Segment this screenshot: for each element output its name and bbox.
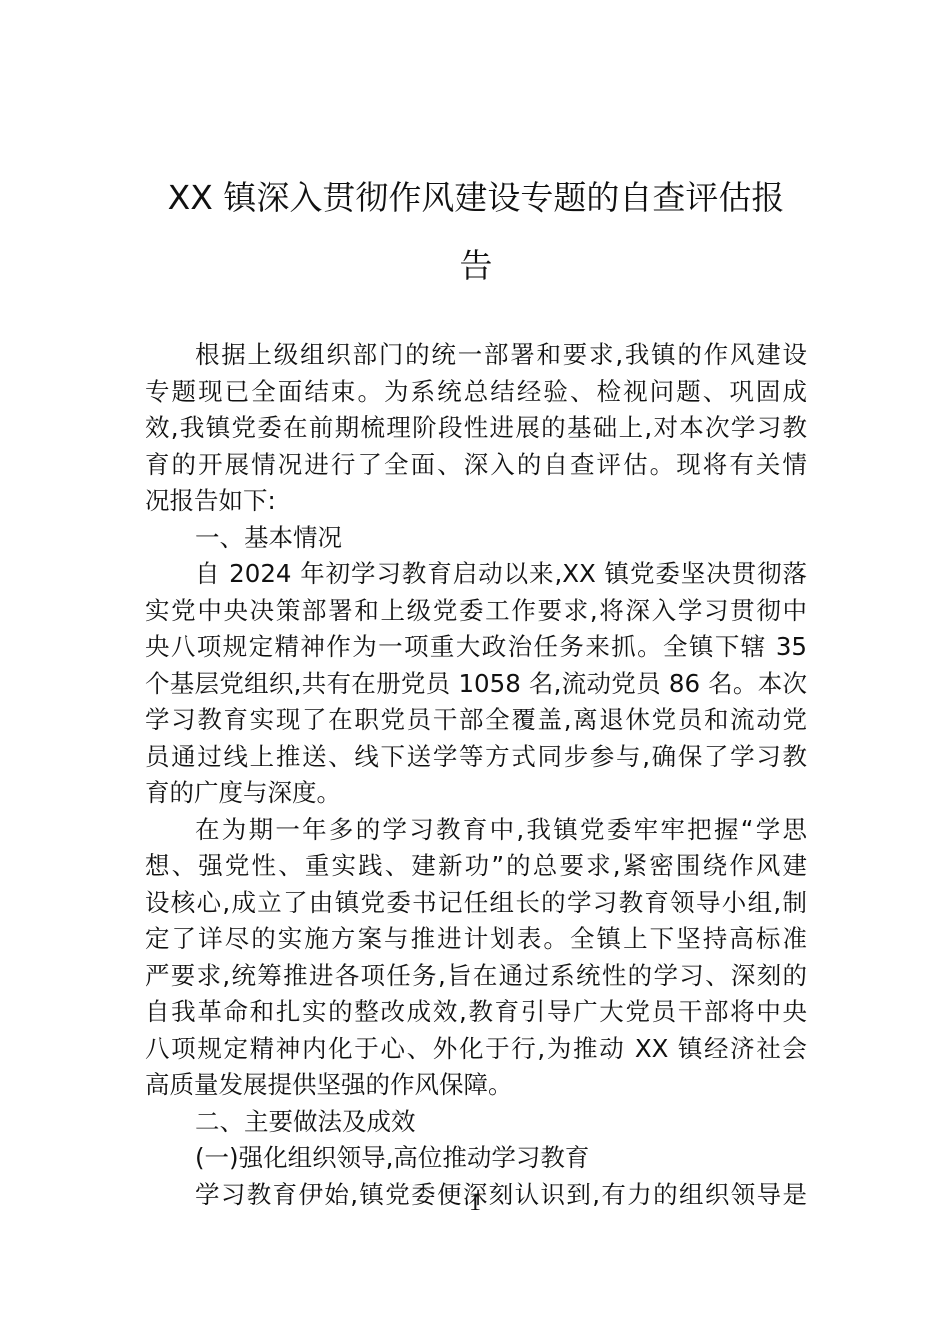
paragraph-line: 况报告如下: <box>145 483 807 520</box>
paragraph-line: 想、强党性、重实践、建新功”的总要求,紧密围绕作风建 <box>145 848 807 885</box>
study-education-paragraph: 在为期一年多的学习教育中,我镇党委牢牢把握“学思 想、强党性、重实践、建新功”的… <box>145 812 807 1104</box>
document-title-line-2: 告 <box>145 249 807 282</box>
document-body: 根据上级组织部门的统一部署和要求,我镇的作风建设 专题现已全面结束。为系统总结经… <box>145 337 807 1213</box>
paragraph-line: 学习教育实现了在职党员干部全覆盖,离退休党员和流动党 <box>145 702 807 739</box>
paragraph-line: 自我革命和扎实的整改成效,教育引导广大党员干部将中央 <box>145 994 807 1031</box>
paragraph-line: 八项规定精神内化于心、外化于行,为推动 XX 镇经济社会 <box>145 1031 807 1068</box>
paragraph-line: 实党中央决策部署和上级党委工作要求,将深入学习贯彻中 <box>145 593 807 630</box>
paragraph-line: 员通过线上推送、线下送学等方式同步参与,确保了学习教 <box>145 739 807 776</box>
paragraph-line: 在为期一年多的学习教育中,我镇党委牢牢把握“学思 <box>145 812 807 849</box>
paragraph-line: 个基层党组织,共有在册党员 1058 名,流动党员 86 名。本次 <box>145 666 807 703</box>
paragraph-line: 央八项规定精神作为一项重大政治任务来抓。全镇下辖 35 <box>145 629 807 666</box>
paragraph-line: 定了详尽的实施方案与推进计划表。全镇上下坚持高标准 <box>145 921 807 958</box>
basic-situation-paragraph: 自 2024 年初学习教育启动以来,XX 镇党委坚决贯彻落 实党中央决策部署和上… <box>145 556 807 812</box>
paragraph-line: 效,我镇党委在前期梳理阶段性进展的基础上,对本次学习教 <box>145 410 807 447</box>
paragraph-line: 设核心,成立了由镇党委书记任组长的学习教育领导小组,制 <box>145 885 807 922</box>
intro-paragraph: 根据上级组织部门的统一部署和要求,我镇的作风建设 专题现已全面结束。为系统总结经… <box>145 337 807 520</box>
document-page: XX 镇深入贯彻作风建设专题的自查评估报 告 根据上级组织部门的统一部署和要求,… <box>0 0 950 1344</box>
page-number: 1 <box>0 1190 950 1217</box>
section-heading-basic-situation: 一、基本情况 <box>145 520 807 557</box>
paragraph-line: 专题现已全面结束。为系统总结经验、检视问题、巩固成 <box>145 374 807 411</box>
paragraph-line: 严要求,统筹推进各项任务,旨在通过系统性的学习、深刻的 <box>145 958 807 995</box>
document-title-line-1: XX 镇深入贯彻作风建设专题的自查评估报 <box>145 181 807 214</box>
section-heading-main-practices: 二、主要做法及成效 <box>145 1104 807 1141</box>
paragraph-line: 育的开展情况进行了全面、深入的自查评估。现将有关情 <box>145 447 807 484</box>
paragraph-line: 高质量发展提供坚强的作风保障。 <box>145 1067 807 1104</box>
paragraph-line: 育的广度与深度。 <box>145 775 807 812</box>
paragraph-line: 根据上级组织部门的统一部署和要求,我镇的作风建设 <box>145 337 807 374</box>
subsection-heading-organization: (一)强化组织领导,高位推动学习教育 <box>145 1140 807 1177</box>
paragraph-line: 自 2024 年初学习教育启动以来,XX 镇党委坚决贯彻落 <box>145 556 807 593</box>
